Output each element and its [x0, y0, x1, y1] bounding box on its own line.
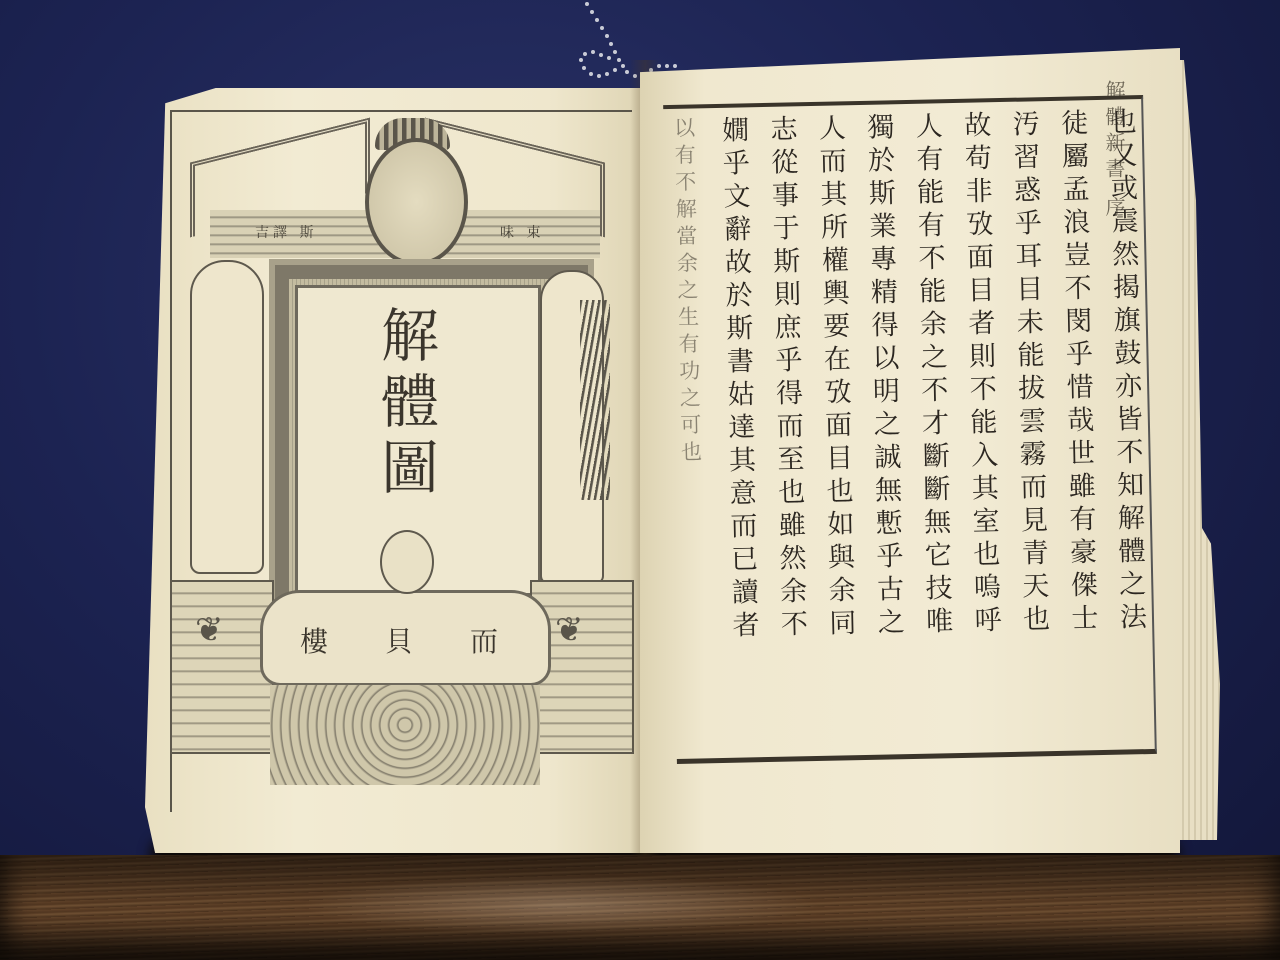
photo-scene: 吉譯 斯 味 束 解體圖 ❦ ❦ 樓 貝 而 解體新書 序 也又或震然揭旗鼓亦皆…: [0, 0, 1280, 960]
double-eagle-icon: ❦: [195, 610, 224, 650]
frontispiece-illustration: 吉譯 斯 味 束 解體圖 ❦ ❦ 樓 貝 而: [170, 110, 630, 810]
text-column: 徒屬孟浪豈不閔乎惜哉世雖有豪傑士: [1055, 108, 1100, 745]
cartouche-char: 樓: [300, 620, 328, 660]
text-column-faint: 以有不解當余之生有功之可也: [667, 116, 712, 753]
seal-script-title: 解體圖: [370, 305, 440, 503]
text-column: 人有能有不能余之不才斷斷無它技唯: [910, 111, 955, 748]
double-eagle-icon: ❦: [555, 610, 584, 650]
cherub-mask-icon: [380, 530, 434, 594]
male-figure: [190, 260, 264, 574]
text-column: 嫺乎文辭故於斯書姑達其意而已讀者: [716, 115, 761, 752]
cartouche-char: 而: [470, 620, 498, 660]
cartouche-char: 貝: [385, 620, 413, 660]
text-column: 志從事于斯則庶乎得而至也雖然余不: [764, 114, 809, 751]
entablature-inscription-left: 吉譯 斯: [255, 222, 317, 242]
text-columns: 也又或震然揭旗鼓亦皆不知解體之法 徒屬孟浪豈不閔乎惜哉世雖有豪傑士 汚習惑乎耳目…: [667, 107, 1148, 753]
text-column: 也又或震然揭旗鼓亦皆不知解體之法: [1103, 107, 1148, 744]
shelf-glare: [300, 875, 820, 935]
text-column: 人而其所權輿要在攷面目也如與余同: [813, 113, 858, 750]
coat-of-arms-icon: [365, 138, 468, 266]
text-frame: 也又或震然揭旗鼓亦皆不知解體之法 徒屬孟浪豈不閔乎惜哉世雖有豪傑士 汚習惑乎耳目…: [663, 95, 1157, 764]
entablature-inscription-right: 味 束: [500, 222, 544, 242]
plinth-left: [170, 580, 274, 754]
ornamental-base: [270, 685, 540, 785]
female-figure-hair: [580, 300, 610, 500]
text-column: 故苟非攷面目者則不能入其室也嗚呼: [958, 110, 1003, 747]
text-column: 汚習惑乎耳目未能拔雲霧而見青天也: [1006, 109, 1051, 746]
text-column: 獨於斯業專精得以明之誠無慙乎古之: [861, 112, 906, 749]
